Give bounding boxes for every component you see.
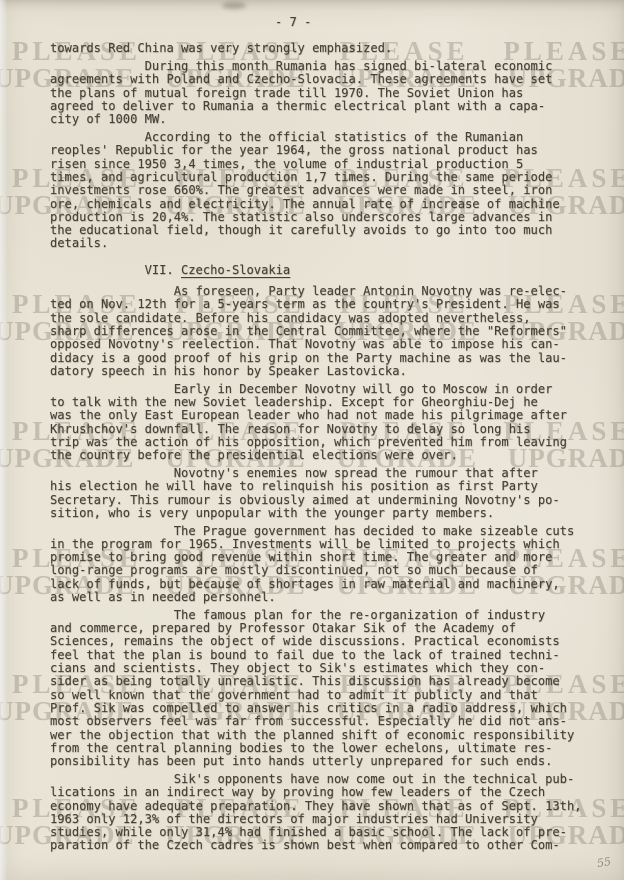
paragraph-novotny-rumour: Novotny's enemies now spread the rumour … — [50, 467, 614, 520]
document-body: - 7 - towards Red China was very strongl… — [0, 0, 624, 853]
section-number: VII. — [145, 263, 181, 277]
section-title: Czecho-Slovakia — [181, 263, 290, 277]
paragraph-continuation: towards Red China was very strongly emph… — [50, 42, 614, 55]
paragraph-novotny-election: As foreseen, Party leader Antonin Novotn… — [50, 285, 614, 378]
paragraph-rumania-agreements: During this month Rumania has signed bi-… — [50, 60, 614, 126]
scanned-document-page: PLEASE PLEASE PLEASE PLEASE PLEASE UPGRA… — [0, 0, 624, 880]
paragraph-moscow-trip: Early in December Novotny will go to Mos… — [50, 383, 614, 463]
scan-smudge-mark — [222, 2, 246, 9]
section-heading: VII. Czecho-Slovakia — [50, 264, 614, 277]
pencil-page-mark: 55 — [596, 855, 612, 870]
paragraph-sik-plan: The famous plan for the re-organization … — [50, 609, 614, 769]
paragraph-sik-opponents: Sik's opponents have now come out in the… — [50, 773, 614, 853]
page-number: - 7 - — [275, 16, 614, 29]
paragraph-rumania-statistics: According to the official statistics of … — [50, 131, 614, 251]
paragraph-prague-cuts: The Prague government has decided to mak… — [50, 525, 614, 605]
scan-edge-highlight — [0, 0, 7, 880]
